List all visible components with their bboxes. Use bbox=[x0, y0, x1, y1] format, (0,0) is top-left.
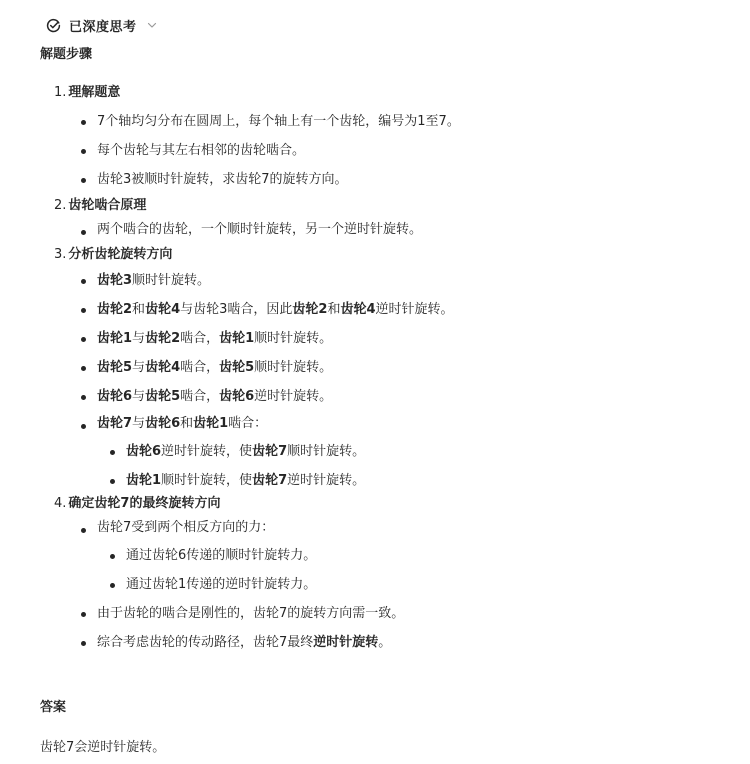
step-number: 3. bbox=[54, 247, 66, 262]
step-number: 1. bbox=[54, 85, 66, 100]
answer-text: 齿轮7会逆时针旋转。 bbox=[40, 737, 165, 759]
list-item: 齿轮3顺时针旋转。 bbox=[40, 266, 720, 295]
emphasis-text: 齿轮6 bbox=[126, 444, 161, 459]
list-item: 齿轮6与齿轮5啮合，齿轮6逆时针旋转。 bbox=[40, 382, 720, 411]
list-item: 7个轴均匀分布在圆周上，每个轴上有一个齿轮，编号为1至7。 bbox=[40, 107, 720, 136]
step-bullets: 由于齿轮的啮合是刚性的，齿轮7的旋转方向需一致。 综合考虑齿轮的传动路径，齿轮7… bbox=[40, 599, 720, 657]
step-sub-bullets: 通过齿轮6传递的顺时针旋转力。 通过齿轮1传递的逆时针旋转力。 bbox=[40, 541, 720, 599]
emphasis-text: 齿轮3 bbox=[97, 273, 132, 288]
list-item: 齿轮1顺时针旋转，使齿轮7逆时针旋转。 bbox=[40, 466, 720, 495]
list-item: 每个齿轮与其左右相邻的齿轮啮合。 bbox=[40, 136, 720, 165]
list-item: 通过齿轮1传递的逆时针旋转力。 bbox=[40, 570, 720, 599]
emphasis-text: 齿轮6 bbox=[219, 389, 254, 404]
emphasis-text: 齿轮2 bbox=[97, 302, 132, 317]
emphasis-text: 齿轮1 bbox=[193, 416, 228, 431]
step-3: 3.分析齿轮旋转方向 齿轮3顺时针旋转。 齿轮2和齿轮4与齿轮3啮合，因此齿轮2… bbox=[40, 244, 720, 495]
emphasis-text: 齿轮2 bbox=[292, 302, 327, 317]
step-title: 理解题意 bbox=[68, 85, 120, 100]
emphasis-text: 齿轮4 bbox=[145, 302, 180, 317]
step-number: 2. bbox=[54, 198, 66, 213]
step-1: 1.理解题意 7个轴均匀分布在圆周上，每个轴上有一个齿轮，编号为1至7。 每个齿… bbox=[40, 82, 720, 194]
step-heading: 3.分析齿轮旋转方向 bbox=[40, 244, 720, 266]
step-heading: 2.齿轮啮合原理 bbox=[40, 195, 720, 217]
step-4: 4.确定齿轮7的最终旋转方向 齿轮7受到两个相反方向的力： 通过齿轮6传递的顺时… bbox=[40, 493, 720, 657]
list-item: 齿轮7受到两个相反方向的力： bbox=[40, 515, 720, 541]
emphasis-text: 齿轮1 bbox=[219, 331, 254, 346]
emphasis-text: 齿轮7 bbox=[252, 444, 287, 459]
list-item: 齿轮3被顺时针旋转，求齿轮7的旋转方向。 bbox=[40, 165, 720, 194]
emphasis-text: 齿轮5 bbox=[145, 389, 180, 404]
solution-content: 解题步骤 1.理解题意 7个轴均匀分布在圆周上，每个轴上有一个齿轮，编号为1至7… bbox=[40, 44, 720, 657]
emphasis-text: 齿轮7 bbox=[97, 416, 132, 431]
deep-thinking-toggle[interactable]: 已深度思考 bbox=[46, 15, 157, 35]
step-heading: 4.确定齿轮7的最终旋转方向 bbox=[40, 493, 720, 515]
step-heading: 1.理解题意 bbox=[40, 82, 720, 104]
step-title: 分析齿轮旋转方向 bbox=[68, 247, 172, 262]
step-title: 齿轮啮合原理 bbox=[68, 198, 146, 213]
step-bullets: 7个轴均匀分布在圆周上，每个轴上有一个齿轮，编号为1至7。 每个齿轮与其左右相邻… bbox=[40, 107, 720, 194]
check-circle-icon bbox=[46, 18, 61, 33]
deep-thinking-label: 已深度思考 bbox=[69, 16, 137, 35]
emphasis-text: 齿轮5 bbox=[97, 360, 132, 375]
step-bullets: 齿轮7受到两个相反方向的力： bbox=[40, 515, 720, 541]
list-item: 综合考虑齿轮的传动路径，齿轮7最终逆时针旋转。 bbox=[40, 628, 720, 657]
step-title: 确定齿轮7的最终旋转方向 bbox=[68, 496, 220, 511]
emphasis-text: 齿轮7 bbox=[252, 473, 287, 488]
emphasis-text: 齿轮4 bbox=[145, 360, 180, 375]
emphasis-text: 齿轮1 bbox=[126, 473, 161, 488]
emphasis-text: 逆时针旋转 bbox=[313, 635, 378, 650]
answer-heading: 答案 bbox=[40, 697, 66, 719]
step-bullets: 两个啮合的齿轮，一个顺时针旋转，另一个逆时针旋转。 bbox=[40, 217, 720, 243]
list-item: 通过齿轮6传递的顺时针旋转力。 bbox=[40, 541, 720, 570]
step-bullets: 齿轮3顺时针旋转。 齿轮2和齿轮4与齿轮3啮合，因此齿轮2和齿轮4逆时针旋转。 … bbox=[40, 266, 720, 437]
emphasis-text: 齿轮4 bbox=[340, 302, 375, 317]
list-item: 齿轮6逆时针旋转，使齿轮7顺时针旋转。 bbox=[40, 437, 720, 466]
list-item: 齿轮1与齿轮2啮合，齿轮1顺时针旋转。 bbox=[40, 324, 720, 353]
list-item: 由于齿轮的啮合是刚性的，齿轮7的旋转方向需一致。 bbox=[40, 599, 720, 628]
step-sub-bullets: 齿轮6逆时针旋转，使齿轮7顺时针旋转。 齿轮1顺时针旋转，使齿轮7逆时针旋转。 bbox=[40, 437, 720, 495]
list-item: 齿轮5与齿轮4啮合，齿轮5顺时针旋转。 bbox=[40, 353, 720, 382]
list-item: 两个啮合的齿轮，一个顺时针旋转，另一个逆时针旋转。 bbox=[40, 217, 720, 243]
step-2: 2.齿轮啮合原理 两个啮合的齿轮，一个顺时针旋转，另一个逆时针旋转。 bbox=[40, 195, 720, 243]
emphasis-text: 齿轮6 bbox=[145, 416, 180, 431]
emphasis-text: 齿轮1 bbox=[97, 331, 132, 346]
chevron-down-icon[interactable] bbox=[147, 20, 157, 30]
emphasis-text: 齿轮2 bbox=[145, 331, 180, 346]
emphasis-text: 齿轮6 bbox=[97, 389, 132, 404]
list-item: 齿轮7与齿轮6和齿轮1啮合： bbox=[40, 411, 720, 437]
list-item: 齿轮2和齿轮4与齿轮3啮合，因此齿轮2和齿轮4逆时针旋转。 bbox=[40, 295, 720, 324]
emphasis-text: 齿轮5 bbox=[219, 360, 254, 375]
solution-heading: 解题步骤 bbox=[40, 44, 720, 66]
solution-steps: 1.理解题意 7个轴均匀分布在圆周上，每个轴上有一个齿轮，编号为1至7。 每个齿… bbox=[40, 82, 720, 657]
step-number: 4. bbox=[54, 496, 66, 511]
